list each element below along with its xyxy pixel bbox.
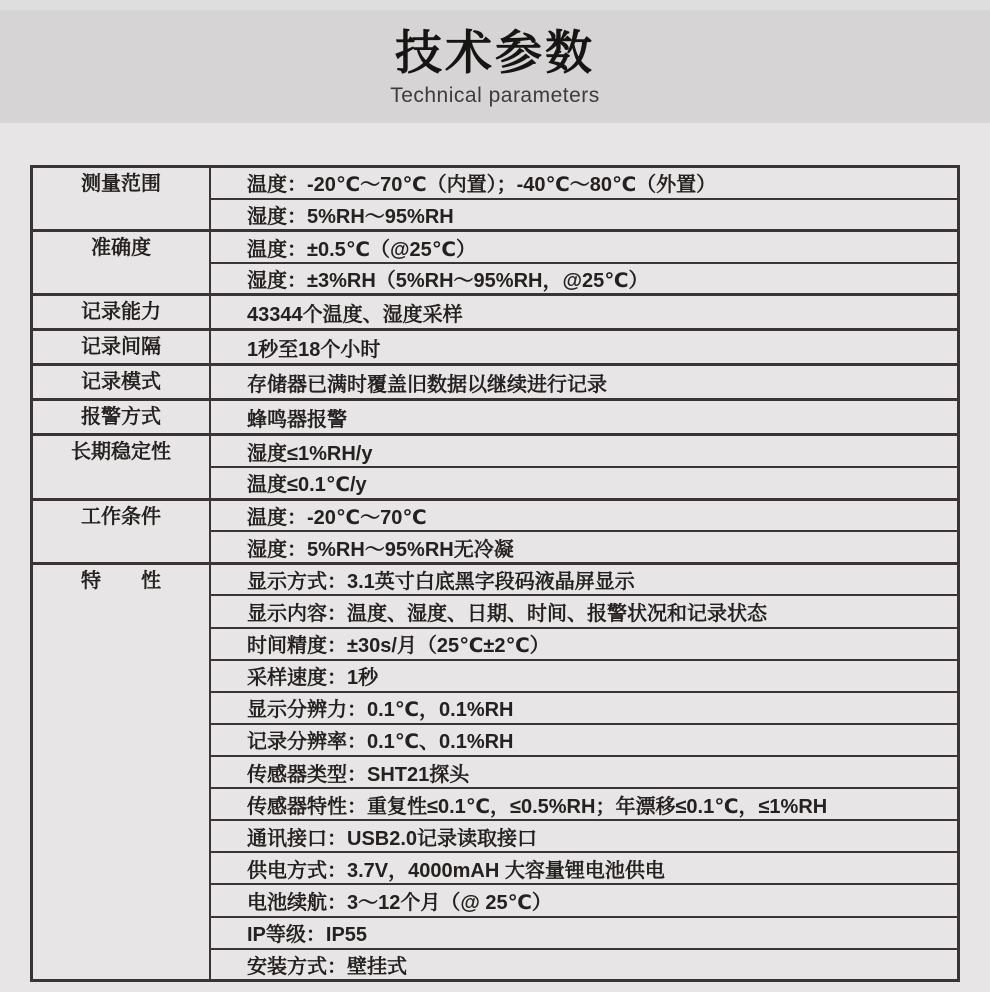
- spec-group-label: 记录模式: [32, 365, 211, 400]
- spec-row-value: 43344个温度、湿度采样: [210, 295, 959, 330]
- spec-row-value: 传感器特性：重复性≤0.1℃，≤0.5%RH；年漂移≤0.1℃，≤1%RH: [210, 788, 959, 820]
- table-row: 长期稳定性 湿度≤1%RH/y: [32, 435, 959, 467]
- table-row: 报警方式 蜂鸣器报警: [32, 400, 959, 435]
- spec-row-value: 1秒至18个小时: [210, 330, 959, 365]
- spec-row-value: 显示内容：温度、湿度、日期、时间、报警状况和记录状态: [210, 595, 959, 627]
- spec-group-label-text: 特 性: [33, 565, 209, 597]
- spec-row-value: 温度：±0.5℃（@25℃）: [210, 231, 959, 263]
- table-row: 测量范围 温度：-20℃～70℃（内置）；-40℃～80℃（外置）: [32, 167, 959, 199]
- table-row: 特 性 显示方式：3.1英寸白底黑字段码液晶屏显示: [32, 563, 959, 595]
- spec-group-label-text: 工作条件: [33, 501, 209, 533]
- table-row: 记录模式 存储器已满时覆盖旧数据以继续进行记录: [32, 365, 959, 400]
- page-header: 技术参数 Technical parameters: [0, 10, 990, 123]
- spec-group-label-text: 长期稳定性: [33, 436, 209, 468]
- top-strip: [0, 0, 990, 10]
- spec-group-label-text: 记录能力: [33, 296, 209, 328]
- spec-group-label: 测量范围: [32, 167, 211, 231]
- spec-row-value: 湿度：5%RH～95%RH: [210, 199, 959, 231]
- spec-row-value: 通讯接口：USB2.0记录读取接口: [210, 820, 959, 852]
- spec-row-value: 蜂鸣器报警: [210, 400, 959, 435]
- spec-row-value: 采样速度：1秒: [210, 660, 959, 692]
- spec-row-value: 安装方式：壁挂式: [210, 949, 959, 981]
- spec-group-label-text: 记录模式: [33, 366, 209, 398]
- spec-row-value: 湿度≤1%RH/y: [210, 435, 959, 467]
- spec-group-label: 工作条件: [32, 499, 211, 563]
- page-title: 技术参数: [0, 10, 990, 80]
- spec-row-value: 供电方式：3.7V，4000mAH 大容量锂电池供电: [210, 852, 959, 884]
- spec-group-label: 记录间隔: [32, 330, 211, 365]
- page-subtitle: Technical parameters: [0, 84, 990, 108]
- spec-row-value: 温度：-20℃～70℃（内置）；-40℃～80℃（外置）: [210, 167, 959, 199]
- table-row: 工作条件 温度：-20℃～70℃: [32, 499, 959, 531]
- spec-row-value: 显示方式：3.1英寸白底黑字段码液晶屏显示: [210, 563, 959, 595]
- spec-group-label: 记录能力: [32, 295, 211, 330]
- spec-row-value: 湿度：5%RH～95%RH无冷凝: [210, 531, 959, 563]
- spec-group-label: 准确度: [32, 231, 211, 295]
- table-row: 记录间隔 1秒至18个小时: [32, 330, 959, 365]
- spec-row-value: 电池续航：3～12个月（@ 25℃）: [210, 884, 959, 916]
- spec-group-label: 特 性: [32, 563, 211, 980]
- spec-row-value: 温度：-20℃～70℃: [210, 499, 959, 531]
- spec-group-label: 长期稳定性: [32, 435, 211, 499]
- spec-group-label-text: 记录间隔: [33, 331, 209, 363]
- spec-group-label: 报警方式: [32, 400, 211, 435]
- table-row: 准确度 温度：±0.5℃（@25℃）: [32, 231, 959, 263]
- spec-table: 测量范围 温度：-20℃～70℃（内置）；-40℃～80℃（外置） 湿度：5%R…: [30, 165, 960, 982]
- spec-row-value: 温度≤0.1℃/y: [210, 467, 959, 499]
- spec-group-label-text: 准确度: [33, 232, 209, 264]
- spec-row-value: 记录分辨率：0.1℃、0.1%RH: [210, 724, 959, 756]
- spec-row-value: 存储器已满时覆盖旧数据以继续进行记录: [210, 365, 959, 400]
- table-row: 记录能力 43344个温度、湿度采样: [32, 295, 959, 330]
- spec-row-value: 传感器类型：SHT21探头: [210, 756, 959, 788]
- spec-row-value: IP等级：IP55: [210, 917, 959, 949]
- spec-row-value: 时间精度：±30s/月（25℃±2℃）: [210, 628, 959, 660]
- spec-row-value: 湿度：±3%RH（5%RH～95%RH，@25℃）: [210, 263, 959, 295]
- spec-row-value: 显示分辨力：0.1℃，0.1%RH: [210, 692, 959, 724]
- spec-group-label-text: 测量范围: [33, 168, 209, 200]
- spec-group-label-text: 报警方式: [33, 401, 209, 433]
